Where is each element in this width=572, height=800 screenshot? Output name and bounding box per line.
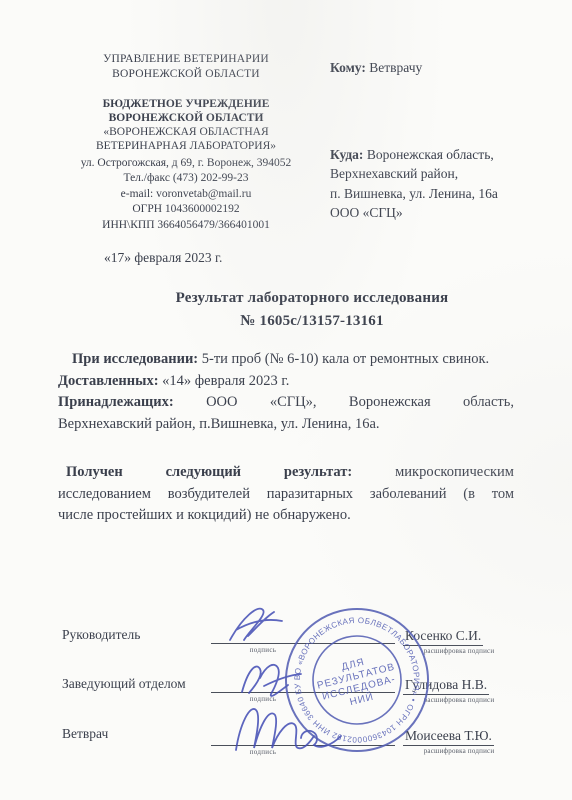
org-name-line: ВЕТЕРИНАРНАЯ ЛАБОРАТОРИЯ» — [40, 139, 332, 153]
org-contacts: ул. Острогожская, д 69, г. Воронеж, 3940… — [40, 156, 332, 233]
signature-line-director — [211, 643, 395, 644]
signature-role-veterinarian: Ветврач — [62, 726, 108, 742]
recipient-to-label: Кому: — [330, 60, 366, 75]
result-label: Получен следующий результат: — [66, 464, 352, 480]
recipient-where: Куда: Воронежская область, Верхнехавский… — [330, 145, 550, 223]
signature-name-caption: расшифровка подписи — [403, 647, 515, 655]
document-date: «17» февраля 2023 г. — [104, 250, 222, 266]
delivered-value: «14» февраля 2023 г. — [162, 373, 289, 389]
signature-name-caption: расшифровка подписи — [403, 747, 515, 755]
research-subject-value: 5-ти проб (№ 6-10) кала от ремонтных сви… — [202, 351, 489, 367]
research-subject-label: При исследовании: — [72, 351, 198, 367]
recipient-where-line: Верхнехавский район, — [330, 164, 550, 184]
org-address: ул. Острогожская, д 69, г. Воронеж, 3940… — [40, 156, 332, 171]
result-line-3: числе простейших и кокцидий) не обнаруже… — [58, 505, 514, 527]
recipient-where-line: п. Вишневка, ул. Ленина, 16а — [330, 184, 550, 204]
result-paragraph: Получен следующий результат: микроскопич… — [58, 462, 514, 527]
result-line-2: исследованием возбудителей паразитарных … — [58, 484, 514, 506]
org-name-line: ВОРОНЕЖСКОЙ ОБЛАСТИ — [40, 111, 332, 125]
org-name-line: БЮДЖЕТНОЕ УЧРЕЖДЕНИЕ — [40, 97, 332, 111]
delivered-label: Доставленных: — [58, 373, 159, 389]
signature-name-director: Косенко С.И. расшифровка подписи — [403, 627, 515, 655]
org-name-line: «ВОРОНЕЖСКАЯ ОБЛАСТНАЯ — [40, 125, 332, 139]
signature-line-head — [211, 692, 395, 693]
stamp-center-line1: ДЛЯ — [340, 657, 366, 673]
signature-role-director: Руководитель — [62, 627, 140, 643]
recipient-where-label: Куда: — [330, 147, 363, 162]
signature-name-text: Гулидова Н.В. — [403, 677, 489, 695]
sender-block: УПРАВЛЕНИЕ ВЕТЕРИНАРИИ ВОРОНЕЖСКОЙ ОБЛАС… — [40, 52, 332, 233]
authority-name: УПРАВЛЕНИЕ ВЕТЕРИНАРИИ ВОРОНЕЖСКОЙ ОБЛАС… — [40, 52, 332, 81]
recipient-to-value: Ветврачу — [369, 60, 422, 75]
signature-role-head-of-department: Заведующий отделом — [62, 676, 186, 692]
document-title: Результат лабораторного исследования № 1… — [62, 287, 562, 333]
result-line-1: Получен следующий результат: микроскопич… — [58, 462, 514, 484]
owner-address-line: Верхнехавский район, п.Вишневка, ул. Лен… — [58, 414, 514, 436]
signature-name-head: Гулидова Н.В. расшифровка подписи — [403, 676, 515, 704]
org-inn-kpp: ИНН\КПП 3664056479/366401001 — [40, 218, 332, 233]
signature-line-caption: подпись — [218, 748, 308, 756]
recipient-where-line: ООО «СГЦ» — [330, 203, 550, 223]
document-title-line2: № 1605с/13157-13161 — [62, 310, 562, 333]
recipient-block: Кому: Ветврачу Куда: Воронежская область… — [330, 58, 550, 223]
research-details-paragraph: При исследовании: 5-ти проб (№ 6-10) кал… — [58, 349, 514, 435]
research-subject-line: При исследовании: 5-ти проб (№ 6-10) кал… — [58, 349, 514, 371]
signature-line-vet — [211, 745, 395, 746]
result-value-1: микроскопическим — [395, 464, 514, 480]
org-ogrn: ОГРН 1043600002192 — [40, 202, 332, 217]
stamp-center-line3: ИССЛЕДОВА- — [321, 674, 397, 703]
owner-label: Принадлежащих: — [58, 394, 174, 410]
authority-line: ВОРОНЕЖСКОЙ ОБЛАСТИ — [40, 67, 332, 82]
recipient-where-value: Воронежская область, — [367, 147, 494, 162]
delivered-line: Доставленных: «14» февраля 2023 г. — [58, 371, 514, 393]
owner-line: Принадлежащих: ООО «СГЦ», Воронежская об… — [58, 392, 514, 414]
stamp-center-line2: РЕЗУЛЬТАТОВ — [316, 662, 396, 692]
signature-line-caption: подпись — [218, 695, 308, 703]
org-email: e-mail: voronvetab@mail.ru — [40, 187, 332, 202]
org-phone: Тел./факс (473) 202-99-23 — [40, 171, 332, 186]
signature-line-caption: подпись — [218, 646, 308, 654]
recipient-to: Кому: Ветврачу — [330, 58, 550, 78]
signature-name-text: Моисеева Т.Ю. — [403, 728, 494, 746]
authority-line: УПРАВЛЕНИЕ ВЕТЕРИНАРИИ — [40, 52, 332, 67]
signature-name-vet: Моисеева Т.Ю. расшифровка подписи — [403, 727, 515, 755]
handwritten-signatures-ink — [200, 590, 370, 770]
scanned-document-page: УПРАВЛЕНИЕ ВЕТЕРИНАРИИ ВОРОНЕЖСКОЙ ОБЛАС… — [0, 0, 572, 800]
owner-value: ООО «СГЦ», Воронежская область, — [206, 394, 514, 410]
signature-name-text: Косенко С.И. — [403, 628, 483, 646]
recipient-where-line: Куда: Воронежская область, — [330, 145, 550, 165]
document-title-line1: Результат лабораторного исследования — [62, 287, 562, 310]
signature-name-caption: расшифровка подписи — [403, 696, 515, 704]
organization-name: БЮДЖЕТНОЕ УЧРЕЖДЕНИЕ ВОРОНЕЖСКОЙ ОБЛАСТИ… — [40, 97, 332, 153]
